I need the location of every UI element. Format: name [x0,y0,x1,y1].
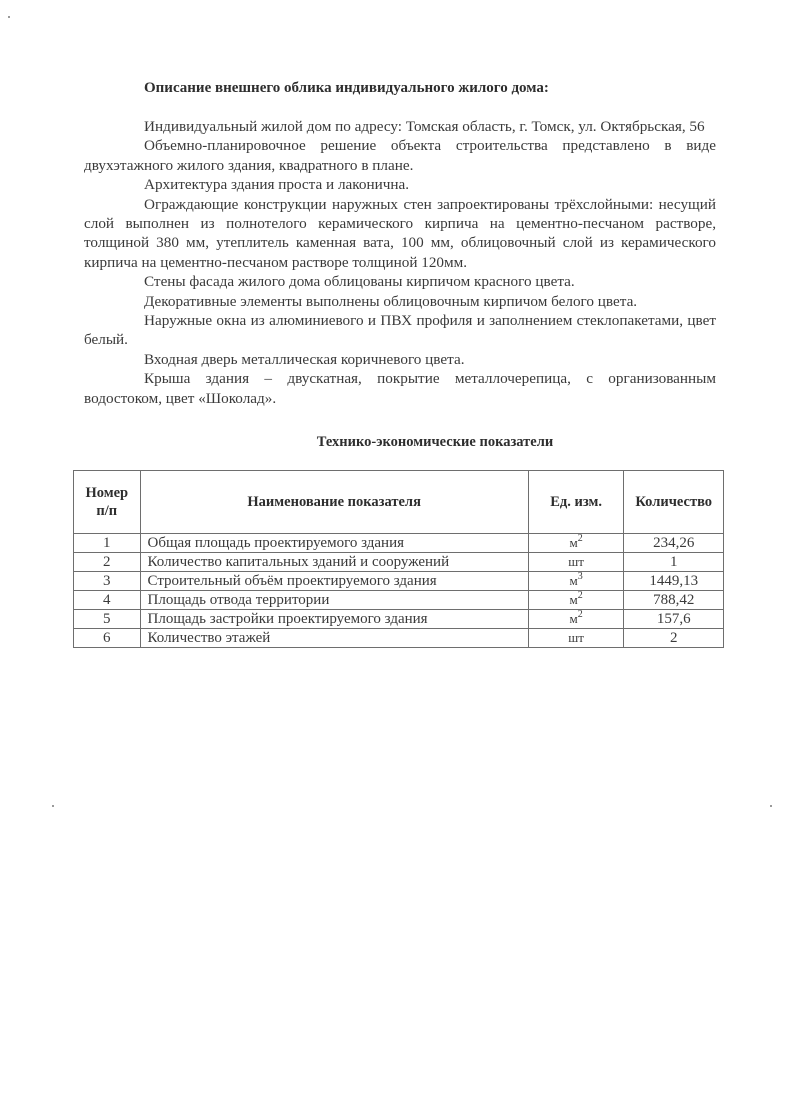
unit-exponent: 3 [578,571,583,582]
cell-name: Количество этажей [140,629,528,648]
cell-unit: м2 [528,534,624,553]
paragraph-layout: Объемно-планировочное решение объекта ст… [84,136,716,175]
unit-text: м [570,611,578,626]
header-unit: Ед. изм. [528,471,624,534]
table-header-row: Номер п/п Наименование показателя Ед. из… [74,471,724,534]
cell-quantity: 234,26 [624,534,724,553]
cell-quantity: 2 [624,629,724,648]
scan-artifact [770,805,772,807]
paragraph-facade: Стены фасада жилого дома облицованы кирп… [84,272,716,291]
paragraph-windows: Наружные окна из алюминиевого и ПВХ проф… [84,311,716,350]
unit-text: м [570,592,578,607]
cell-quantity: 788,42 [624,591,724,610]
header-quantity: Количество [624,471,724,534]
cell-name: Площадь застройки проектируемого здания [140,610,528,629]
cell-number: 6 [74,629,141,648]
cell-quantity: 157,6 [624,610,724,629]
header-number-line1: Номер [85,485,128,501]
table-row: 5Площадь застройки проектируемого здания… [74,610,724,629]
description-body: Индивидуальный жилой дом по адресу: Томс… [84,117,716,408]
table-row: 6Количество этажейшт2 [74,629,724,648]
cell-unit: м2 [528,610,624,629]
table-row: 3Строительный объём проектируемого здани… [74,572,724,591]
cell-quantity: 1449,13 [624,572,724,591]
unit-text: шт [568,630,584,645]
header-number: Номер п/п [74,471,141,534]
cell-number: 4 [74,591,141,610]
paragraph-address: Индивидуальный жилой дом по адресу: Томс… [84,117,716,136]
header-number-line2: п/п [96,503,117,519]
unit-text: шт [568,554,584,569]
unit-exponent: 2 [578,533,583,544]
table-title: Технико-экономические показатели [0,434,800,451]
cell-number: 3 [74,572,141,591]
header-name: Наименование показателя [140,471,528,534]
cell-name: Площадь отвода территории [140,591,528,610]
indicators-table: Номер п/п Наименование показателя Ед. из… [73,470,724,648]
unit-text: м [570,573,578,588]
unit-exponent: 2 [578,609,583,620]
cell-number: 2 [74,553,141,572]
cell-name: Строительный объём проектируемого здания [140,572,528,591]
cell-unit: м3 [528,572,624,591]
cell-name: Количество капитальных зданий и сооружен… [140,553,528,572]
paragraph-roof: Крыша здания – двускатная, покрытие мета… [84,369,716,408]
cell-unit: м2 [528,591,624,610]
cell-unit: шт [528,629,624,648]
paragraph-decor: Декоративные элементы выполнены облицово… [84,292,716,311]
paragraph-architecture: Архитектура здания проста и лаконична. [84,175,716,194]
scan-artifact [8,16,10,18]
paragraph-door: Входная дверь металлическая коричневого … [84,350,716,369]
cell-number: 1 [74,534,141,553]
table-row: 1Общая площадь проектируемого зданиям223… [74,534,724,553]
unit-text: м [570,535,578,550]
table-row: 4Площадь отвода территориим2788,42 [74,591,724,610]
cell-name: Общая площадь проектируемого здания [140,534,528,553]
cell-unit: шт [528,553,624,572]
cell-quantity: 1 [624,553,724,572]
paragraph-walls: Ограждающие конструкции наружных стен за… [84,195,716,273]
scan-artifact [52,805,54,807]
cell-number: 5 [74,610,141,629]
unit-exponent: 2 [578,590,583,601]
table-row: 2Количество капитальных зданий и сооруже… [74,553,724,572]
document-heading: Описание внешнего облика индивидуального… [144,80,549,97]
